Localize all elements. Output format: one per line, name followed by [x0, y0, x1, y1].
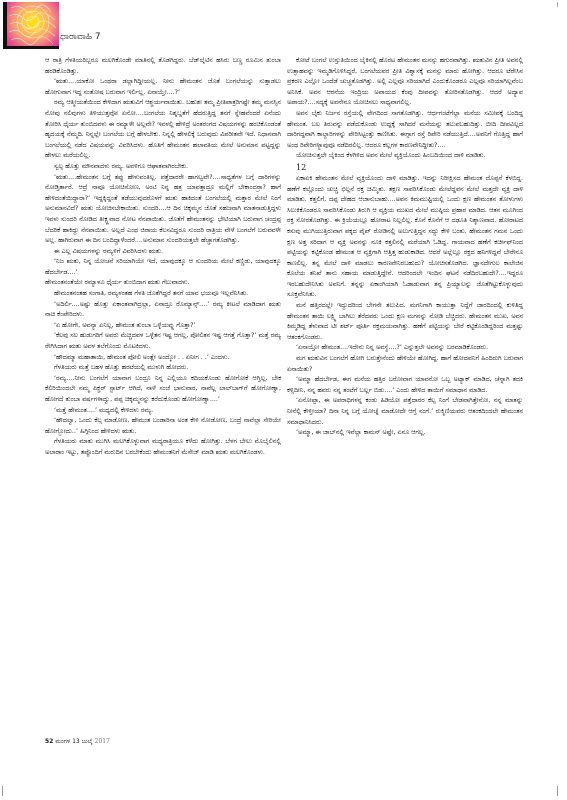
left-column: ಆ ರಾತ್ರಿ ಗೆಳತಿಯರಿಬ್ಬರೂ ಮಲಗಿಕೊಂಡೇ ಮಾತಿನಲ್…: [45, 56, 281, 459]
paragraph: ಹೇಮಂತನಂತೆಯೇ ರಮ್ಯಾಳೂ ಧೈರ್ಯ ತುಂಬಿದಾಗ ಋತು ಗ…: [45, 278, 281, 289]
paragraph: ‘ರಮ್ಯ....ನೀನು ಬಂಗಲೆಗೆ ಯಾವಾಗ ಬಂದ್ರೂ ನಿನ್ನ…: [45, 374, 281, 406]
issue-year: 2017: [95, 738, 110, 745]
paragraph: ‘ಅಮ್ಮಾ, ಈ ಜಾಬ್‌ನಲ್ಲಿ ಇವೆಲ್ಲಾ ಕಾಮನ್ ಅಷ್ಟೇ…: [287, 428, 523, 439]
paragraph: ಸ್ವಲ್ಪ ಹೊತ್ತು ಮೌನವಾದಳು ರಮ್ಯ. ಅವಳಿಗೂ ಆಘಾತ…: [45, 162, 281, 173]
paragraph: ಮಗ ಋತುವಿನ ಬಂಗಲೆಗೆ ಹೋಗಿ ಬರುತ್ತೇನೆಂದು ಹೇಳಿ…: [287, 354, 523, 375]
paragraph: ‘ಅಮ್ಮಾ ಹೆದರ್ಬೇಡ, ಈಗ ಮನೆಯ ಹತ್ತಿರ ಬರೋವಾಗ ಯ…: [287, 375, 523, 396]
crop-mark: [2, 786, 3, 796]
right-column: ಕೋಟೆ ಬಂಗಲೆ ಉಸ್ತುತಿಯಿಂದ ಬೈಕಿನಲ್ಲಿ ಹೊರಟ ಹೇ…: [287, 56, 523, 439]
page-number: 52: [45, 738, 53, 745]
paragraph: ಯೋಚಿಸುತ್ತಲೇ ಬೈಕಿಂದ ಕೆಳಗಿಳಿದ ಅವನ ಮೇಲೆ ವ್ಯ…: [287, 151, 523, 162]
paragraph: ‘ನಿಜ ಋತು, ನಿನ್ನ ಯೋಚನೆ ಸರಿಯಾಗಿಯೇ ಇದೆ, ಯಾವ…: [45, 257, 281, 278]
paragraph: ‘ಋತು....ಹೇಮಂತನ ಬಗ್ಗೆ ತಪ್ಪು ಹೇಳುವಂತಿಲ್ಲ. …: [45, 173, 281, 247]
paragraph: ‘ಹೌದಮ್ಮಾ ಮಹಾತಾಯಿ, ಹೇಮಂತ ಪೋಲಿ ಅಂತ್ಲೇ ಅಂದ್…: [45, 353, 281, 364]
section-number: 12: [287, 162, 523, 174]
swirl-pattern-logo-icon: [3, 2, 59, 49]
paragraph: ಗೆಳತಿಯರು ಮಾತು ಮುಗಿಸಿ ಮಲಗಿಕೊಳ್ಳುವಾಗ ಮಧ್ಯರ…: [45, 437, 281, 458]
paragraph: ಏಕಾಏಕಿ ಹೇಮಂತನ ಮೇಲೆ ವ್ಯಕ್ತಿಯೊಂದು ದಾಳಿ ಮಾಡ…: [287, 174, 523, 301]
paragraph: ಗೆಳತಿಯರು ಮತ್ತೆ ಬಹಳ ಹೊತ್ತು ಹರಟೆಯಲ್ಲಿ ಮುಳು…: [45, 363, 281, 374]
page-footer: 52 ಮಂಗಳ 13 ಜುಲೈ 2017: [45, 738, 110, 746]
paragraph: ‘ಕೆಲವು ಸಲ ಹುಡುಗರಿಗೆ ಅವರು ಮೆಚ್ಚಿದವಳ ಒಳ್ಳೆ…: [45, 331, 281, 352]
paragraph: ಈ ಎಲ್ಲ ವಿಷಯಗಳನ್ನು ರಮ್ಯಳಿಗೆ ವಿವರಿಸಿದಳು ಋತ…: [45, 247, 281, 258]
paragraph: ‘ಮತ್ತೆ ಹೇಮಂತ....’ ಮಧ್ಯದಲ್ಲಿ ಕೇಳಿದಳು ರಮ್ಯ…: [45, 406, 281, 417]
paragraph: ‘ಏನಾಯ್ತೋ ಹೇಮಂತ....ಇದೇನು ನಿನ್ನ ಅವಸ್ಥೆ....…: [287, 343, 523, 354]
paragraph: ಅವನ ಬೈಕು ನಿರ್ಜನ ರಸ್ತೆಯಲ್ಲಿ ವೇಗದಿಂದ ಸಾಗತೊ…: [287, 109, 523, 151]
paragraph: ‘ಅದಿರ್ಲಿ....ಅಷ್ಟು ಹೊತ್ತು ಏಕಾಂತವಾಗಿದ್ರಲ್ಲ…: [45, 300, 281, 321]
paragraph: ‘ಏನೋಪ್ಪಾ, ಈ ಅಪರಾಧಿಗಳನ್ನ ಕಂಡು ಹಿಡಿಯೋ ಪತ್ತ…: [287, 396, 523, 428]
paragraph: ‘ಏ ಹೋಗೇ, ಅವನ್ಯಾ ಏನಿಲ್ಲ, ಹೇಮಂತ ತುಂಬಾ ಒಳ್ಳ…: [45, 321, 281, 332]
swirl-pattern-icon: [7, 2, 59, 46]
crop-mark: [557, 786, 558, 796]
paragraph: ರಮ್ಯ ಆತ್ಮೀಯತೆಯಿಂದ ಕೇಳಿದಾಗ ಋತುವಿಗೆ ಆಶ್ಚರ್…: [45, 98, 281, 162]
paragraph: ‘ಹೌದಲ್ವಾ, ಒಂದು ಕೆಲ್ಸ ಮಾಡೋಣ, ಹೇಮಂತ ಬಂಡಾರಿ…: [45, 416, 281, 437]
paragraph: ಹೇಮಂತನಂತಹ ಸಂಗಾತಿ, ರಮ್ಯಳಂತಹ ಗೆಳತಿ ಜೊತೆಗಿದ…: [45, 289, 281, 300]
crop-mark: [557, 2, 564, 7]
paragraph: ಮನೆ ಹತ್ತಿರದಲ್ಲೇ ಇದ್ದುದರಿಂದ ಬೇಗನೇ ತಲುಪಿದ.…: [287, 301, 523, 343]
magazine-name: ಮಂಗಳ: [55, 738, 70, 745]
paragraph: ಕೋಟೆ ಬಂಗಲೆ ಉಸ್ತುತಿಯಿಂದ ಬೈಕಿನಲ್ಲಿ ಹೊರಟ ಹೇ…: [287, 56, 523, 109]
issue-date: 13 ಜುಲೈ: [72, 738, 93, 745]
series-title: ಧಾರಾವಾಹಿ 7: [60, 32, 101, 42]
paragraph: ‘ಋತು....ಯಾಕೋ ಒಂಥರಾ ಡಲ್ಲಾಗಿದ್ದೀಯಲ್ಲ. ನೀನು…: [45, 77, 281, 98]
paragraph: ಆ ರಾತ್ರಿ ಗೆಳತಿಯರಿಬ್ಬರೂ ಮಲಗಿಕೊಂಡೇ ಮಾತಿನಲ್…: [45, 56, 281, 77]
